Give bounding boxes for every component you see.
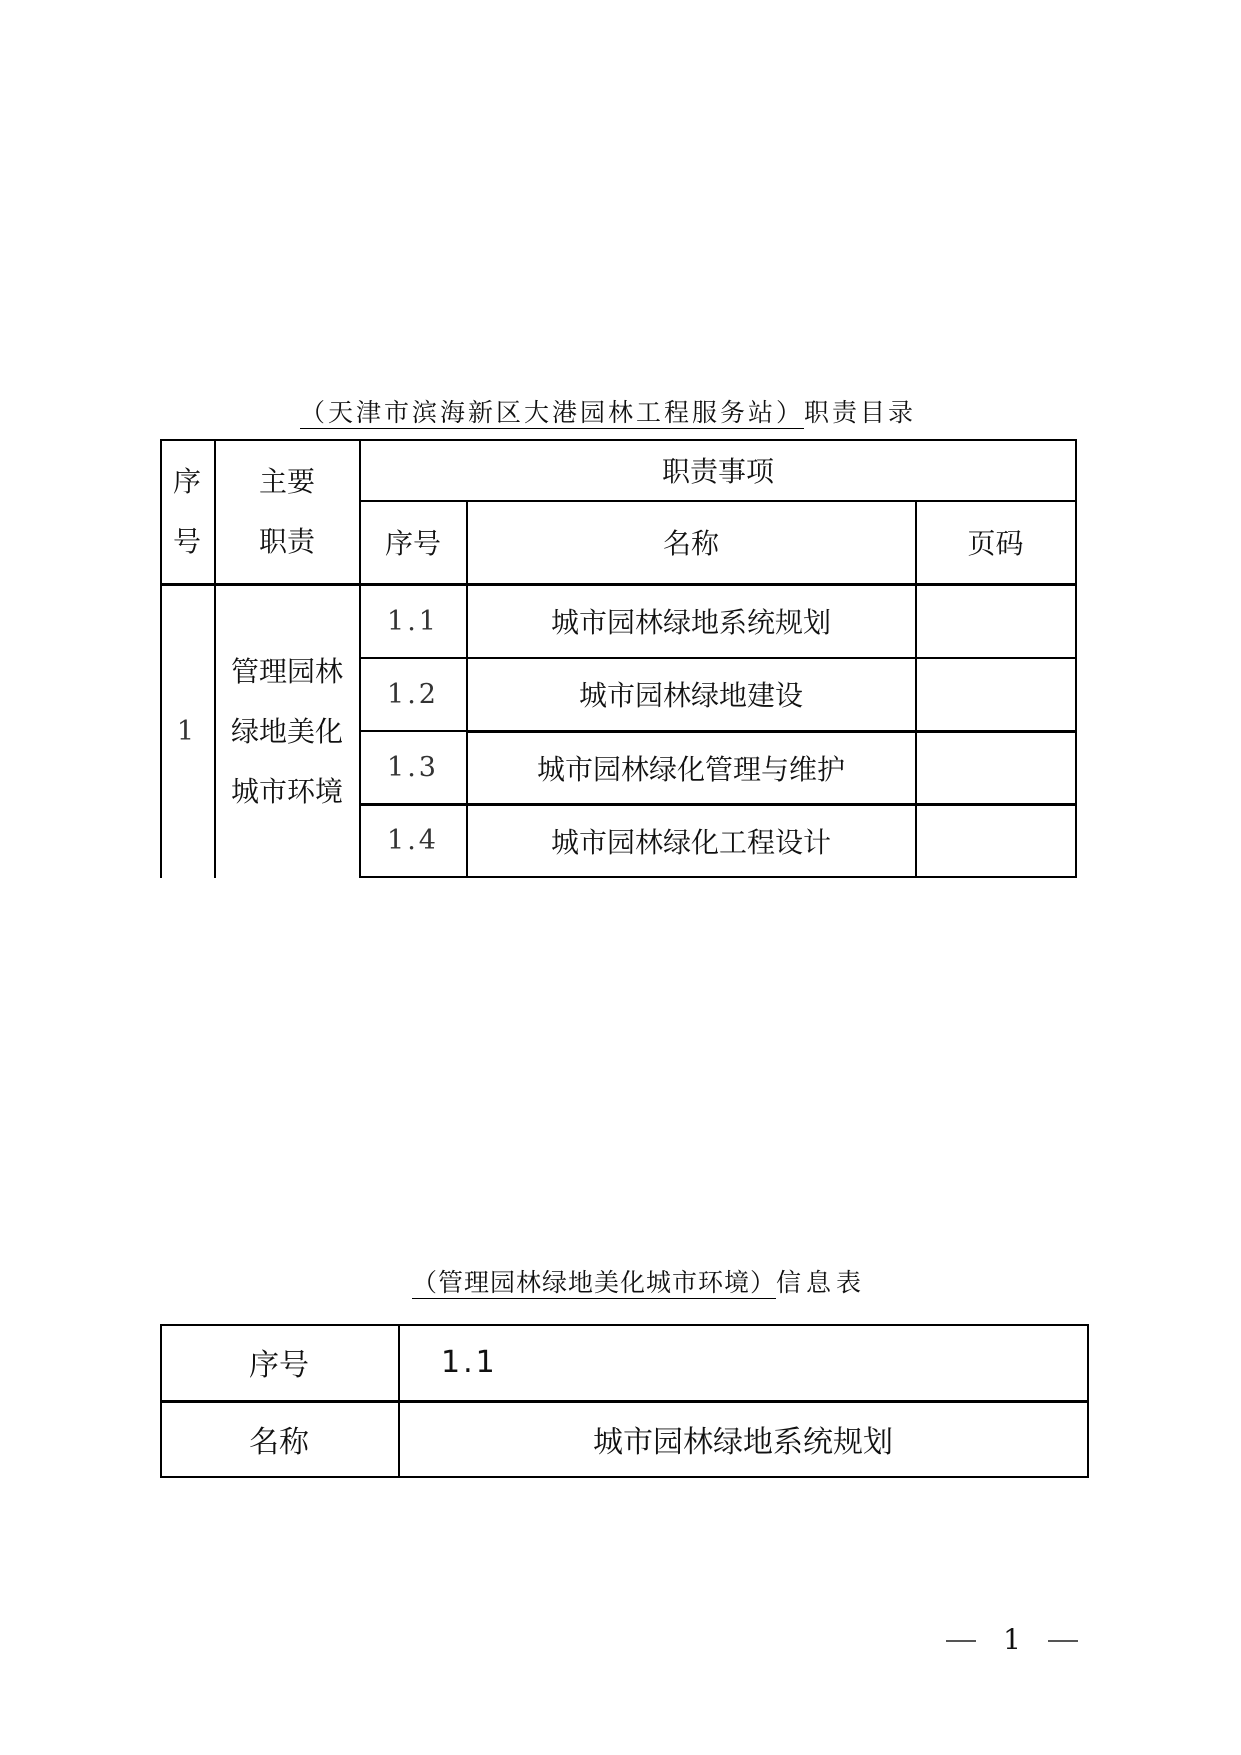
header-seq-top: 序 bbox=[173, 452, 201, 512]
main-duty-line: 绿地美化 bbox=[231, 702, 343, 762]
header-main-duty-bottom: 职责 bbox=[259, 512, 315, 572]
info-title-suffix: 信息表 bbox=[776, 1268, 866, 1297]
catalog-title: （天津市滨海新区大港园林工程服务站）职责目录 bbox=[300, 398, 916, 428]
row-main-duty: 管理园林 绿地美化 城市环境 bbox=[215, 585, 359, 878]
header-duty-items: 职责事项 bbox=[360, 439, 1076, 500]
header-seq: 序 号 bbox=[160, 439, 214, 584]
item-page bbox=[916, 658, 1075, 730]
item-name: 城市园林绿化管理与维护 bbox=[467, 732, 915, 803]
header-seq-bottom: 号 bbox=[173, 512, 201, 572]
header-main-duty-top: 主要 bbox=[259, 452, 315, 512]
info-label-name: 名称 bbox=[160, 1402, 398, 1476]
item-name: 城市园林绿地建设 bbox=[467, 658, 915, 730]
info-table-title: （管理园林绿地美化城市环境）信息表 bbox=[412, 1268, 866, 1298]
header-main-duty: 主要 职责 bbox=[215, 439, 359, 584]
info-value-seq: 1.1 bbox=[399, 1324, 1087, 1400]
item-page bbox=[916, 805, 1075, 876]
page-number: 1 bbox=[940, 1624, 1085, 1656]
item-seq: 1.4 bbox=[360, 805, 466, 876]
duty-catalog-table: 序 号 主要 职责 职责事项 序号 名称 页码 1 管理园林 绿地美化 城市环境… bbox=[160, 439, 1077, 878]
main-duty-line: 管理园林 bbox=[231, 642, 343, 702]
item-seq: 1.2 bbox=[360, 658, 466, 730]
item-name: 城市园林绿地系统规划 bbox=[467, 585, 915, 657]
main-duty-line: 城市环境 bbox=[231, 762, 343, 822]
header-item-seq: 序号 bbox=[360, 501, 466, 583]
info-title-subject: （管理园林绿地美化城市环境） bbox=[412, 1268, 776, 1299]
item-name: 城市园林绿化工程设计 bbox=[467, 805, 915, 876]
info-label-seq: 序号 bbox=[160, 1324, 398, 1400]
item-seq: 1.3 bbox=[360, 732, 466, 803]
info-value-name: 城市园林绿地系统规划 bbox=[399, 1402, 1087, 1476]
catalog-title-suffix: 职责目录 bbox=[804, 398, 916, 427]
header-item-page: 页码 bbox=[916, 501, 1075, 583]
page-number-value: 1 bbox=[1000, 1624, 1024, 1656]
dash-right bbox=[1048, 1640, 1078, 1642]
item-seq: 1.1 bbox=[360, 585, 466, 657]
item-page bbox=[916, 732, 1075, 803]
header-item-name: 名称 bbox=[467, 501, 915, 583]
dash-left bbox=[946, 1640, 976, 1642]
catalog-title-org: （天津市滨海新区大港园林工程服务站） bbox=[300, 398, 804, 429]
item-page bbox=[916, 585, 1075, 657]
row-seq: 1 bbox=[160, 585, 214, 878]
info-table: 序号 1.1 名称 城市园林绿地系统规划 bbox=[160, 1324, 1089, 1478]
